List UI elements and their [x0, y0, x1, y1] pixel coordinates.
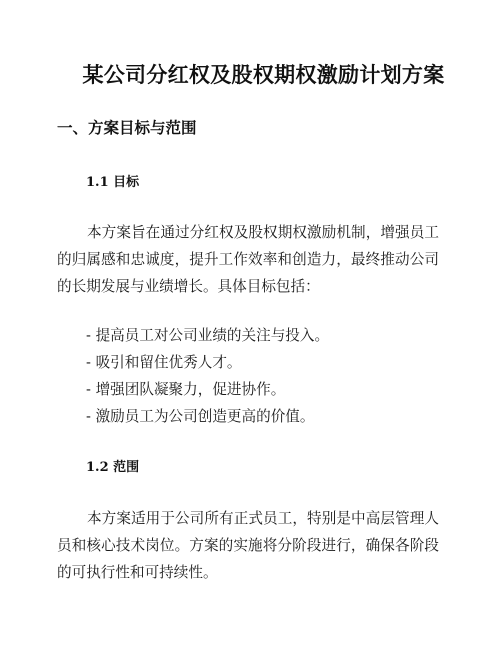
list-item: - 激励员工为公司创造更高的价值。	[86, 403, 329, 430]
goal-bullet-list: - 提高员工对公司业绩的关注与投入。 - 吸引和留住优秀人才。 - 增强团队凝聚…	[86, 322, 329, 430]
document-page: 某公司分红权及股权期权激励计划方案 一、方案目标与范围 1.1 目标 本方案旨在…	[0, 0, 500, 647]
document-title: 某公司分红权及股权期权激励计划方案	[0, 60, 500, 90]
section-heading: 一、方案目标与范围	[57, 117, 197, 139]
subsection-heading-scope: 1.2 范围	[86, 458, 139, 478]
list-item: - 提高员工对公司业绩的关注与投入。	[86, 322, 329, 349]
scope-paragraph: 本方案适用于公司所有正式员工，特别是中高层管理人员和核心技术岗位。方案的实施将分…	[57, 505, 439, 586]
list-item: - 吸引和留住优秀人才。	[86, 349, 329, 376]
subsection-heading-goal: 1.1 目标	[86, 173, 139, 193]
goal-paragraph: 本方案旨在通过分红权及股权期权激励机制，增强员工的归属感和忠诚度，提升工作效率和…	[57, 219, 439, 300]
list-item: - 增强团队凝聚力，促进协作。	[86, 376, 329, 403]
